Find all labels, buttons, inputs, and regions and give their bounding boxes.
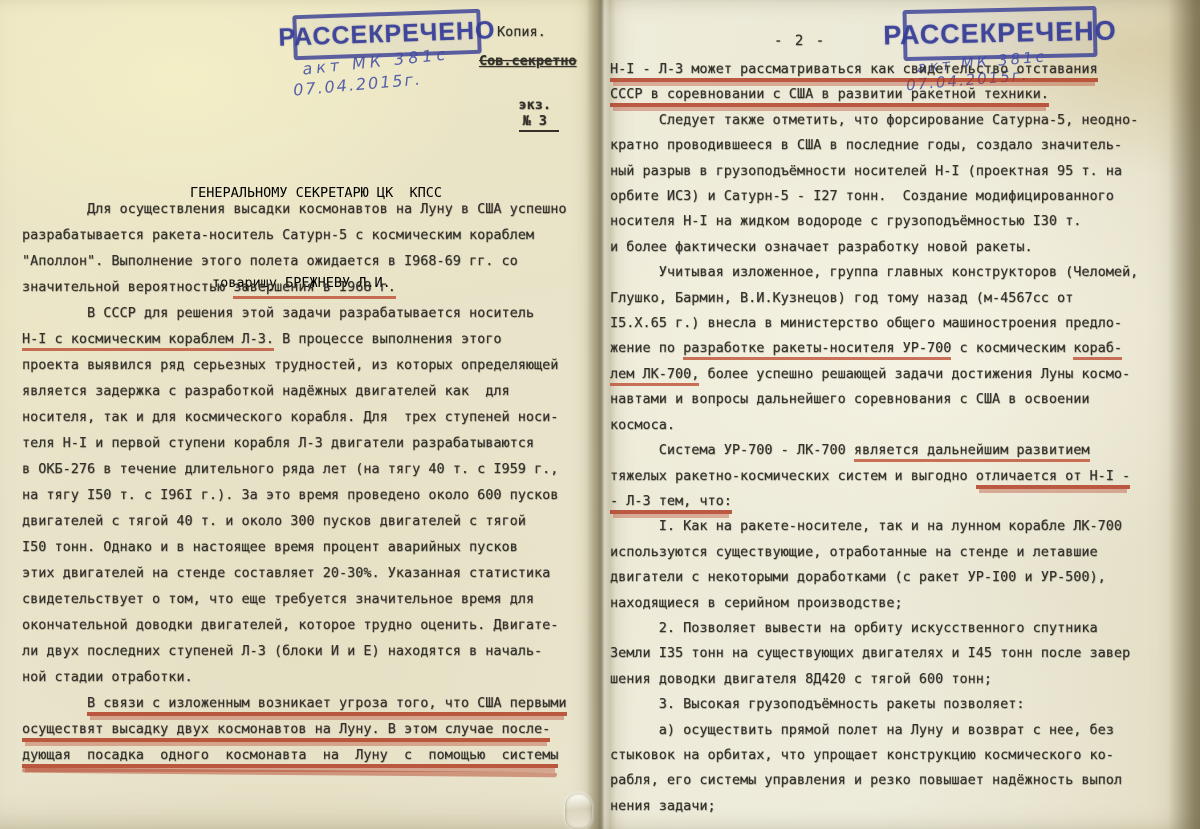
copy-number: экз. № 3: [486, 81, 559, 145]
text-line: I. Как на ракете-носителе, так и на лунн…: [610, 514, 1198, 539]
text-line: Н-I с космическим кораблем Л-3. В процес…: [22, 326, 592, 352]
text-line: является задержка с разработкой надёжных…: [22, 378, 592, 404]
text-line: проекта выявился ряд серьезных трудносте…: [22, 352, 592, 378]
text-line: I50 тонн. Однако и в настоящее время про…: [22, 534, 592, 560]
text-line: осуществят высадку двух космонавтов на Л…: [22, 716, 592, 742]
text-line: двигатели с некоторыми доработками (с ра…: [610, 565, 1198, 590]
text-line: нения задачи;: [610, 794, 1198, 819]
page-number: - 2 -: [774, 33, 826, 49]
text-line: Для осуществления высадки космонавтов на…: [22, 196, 592, 222]
copy-number-value: № 3: [519, 113, 559, 132]
text-line: тяжелых ракетно-космических систем и выг…: [610, 464, 1198, 489]
secrecy-classification-label: Сов.секретно: [479, 53, 577, 69]
text-line: навтами и вопросы дальнейшего соревнован…: [610, 387, 1198, 412]
copy-label: Копия.: [497, 24, 546, 40]
text-line: 3. Высокая грузоподъёмность ракеты позво…: [610, 692, 1198, 717]
text-line: кратно проводившееся в США в последние г…: [610, 133, 1198, 158]
text-line: свидетельствует о том, что еще требуется…: [22, 586, 592, 612]
text-line: В связи с изложенным возникает угроза то…: [22, 690, 592, 716]
text-line: шения доводки двигателя 8Д420 с тягой 60…: [610, 667, 1198, 692]
text-line: стыковок на орбитах, что упрощает констр…: [610, 743, 1198, 768]
text-line: СССР в соревновании с США в развитии рак…: [610, 82, 1198, 107]
text-line: Глушко, Бармин, В.И.Кузнецов) год тому н…: [610, 286, 1198, 311]
text-line: ный разрыв в грузоподъёмности носителей …: [610, 159, 1198, 184]
text-line: используются существующие, отработанные …: [610, 540, 1198, 565]
text-line: Н-I - Л-3 может рассматриваться как свид…: [610, 57, 1198, 82]
document-photo: РАССЕКРЕЧЕНО акт МК 381с 07.04.2015г. Ко…: [0, 0, 1200, 829]
text-line: на тягу I50 т. с I96I г.). За это время …: [22, 482, 592, 508]
text-line: разрабатывается ракета-носитель Сатурн-5…: [22, 222, 592, 248]
text-line: носителя Н-I на жидком водороде с грузоп…: [610, 209, 1198, 234]
text-line: "Аполлон". Выполнение этого полета ожида…: [22, 248, 592, 274]
text-line: носителя, так и для космического корабля…: [22, 404, 592, 430]
text-line: а) осуществить прямой полет на Луну и во…: [610, 718, 1198, 743]
text-line: Земли I35 тонн на существующих двигателя…: [610, 641, 1198, 666]
text-line: ной стадии отработки.: [22, 664, 592, 690]
text-line: - Л-3 тем, что:: [610, 489, 1198, 514]
text-line: находящиеся в серийном производстве;: [610, 591, 1198, 616]
text-line: I5.X.65 г.) внесла в министерство общего…: [610, 311, 1198, 336]
text-line: лем ЛК-700, более успешно решающей задач…: [610, 362, 1198, 387]
text-line: дующая посадка одного космонавта на Луну…: [22, 742, 592, 768]
text-line: Учитывая изложенное, группа главных конс…: [610, 260, 1198, 285]
page-2-body-text: Н-I - Л-3 может рассматриваться как свид…: [610, 57, 1198, 819]
text-line: и более фактически означает разработку н…: [610, 235, 1198, 260]
text-line: В СССР для решения этой задачи разрабаты…: [22, 300, 592, 326]
copy-number-prefix: экз.: [519, 97, 552, 113]
text-line: значительной вероятностью завершения в I…: [22, 274, 592, 300]
text-line: рабля, его системы управления и резко по…: [610, 768, 1198, 793]
text-line: окончательной доводки двигателей, которо…: [22, 612, 592, 638]
page-1-body-text: Для осуществления высадки космонавтов на…: [22, 196, 592, 768]
text-line: орбите ИСЗ) и Сатурн-5 - I27 тонн. Созда…: [610, 184, 1198, 209]
display-case-clip: [565, 793, 592, 829]
text-line: теля Н-I и первой ступени корабля Л-3 дв…: [22, 430, 592, 456]
text-line: Система УР-700 - ЛК-700 является дальней…: [610, 438, 1198, 463]
text-line: двигателей с тягой 40 т. и около 300 пус…: [22, 508, 592, 534]
text-line: космоса.: [610, 413, 1198, 438]
text-line: этих двигателей на стенде составляет 20-…: [22, 560, 592, 586]
text-line: ли двух последних ступеней Л-3 (блоки И …: [22, 638, 592, 664]
text-line: жение по разработке ракеты-носителя УР-7…: [610, 336, 1198, 361]
text-line: 2. Позволяет вывести на орбиту искусстве…: [610, 616, 1198, 641]
text-line: Следует также отметить, что форсирование…: [610, 108, 1198, 133]
text-line: в ОКБ-276 в течение длительного ряда лет…: [22, 456, 592, 482]
